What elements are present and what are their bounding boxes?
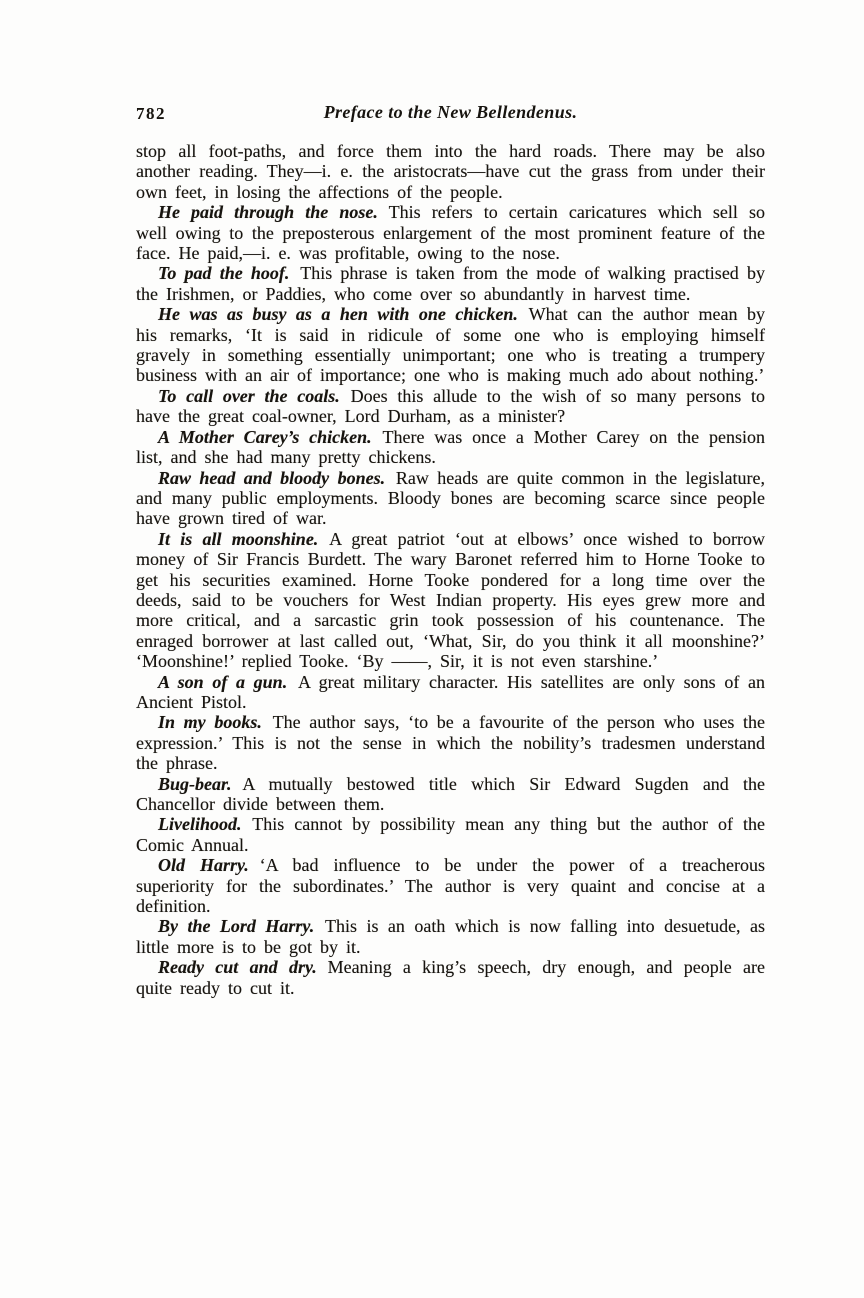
page-header: 782 Preface to the New Bellendenus. xyxy=(136,102,765,128)
paragraph-continuation: stop all foot-paths, and force them into… xyxy=(136,141,765,202)
paragraph: Old Harry.‘A bad influence to be under t… xyxy=(136,855,765,916)
entry-term: Raw head and bloody bones. xyxy=(158,468,385,488)
entry-text: A great patriot ‘out at elbows’ once wis… xyxy=(136,529,765,671)
entry-text: stop all foot-paths, and force them into… xyxy=(136,141,765,202)
paragraph: A Mother Carey’s chicken.There was once … xyxy=(136,427,765,468)
entry-term: Livelihood. xyxy=(158,814,242,834)
entry-term: Old Harry. xyxy=(158,855,249,875)
page-number: 782 xyxy=(136,104,166,124)
entry-term: It is all moonshine. xyxy=(158,529,318,549)
paragraph: Livelihood.This cannot by possibility me… xyxy=(136,814,765,855)
entry-term: He paid through the nose. xyxy=(158,202,378,222)
entry-term: Bug-bear. xyxy=(158,774,232,794)
entry-term: To pad the hoof. xyxy=(158,263,289,283)
paragraph: He was as busy as a hen with one chicken… xyxy=(136,304,765,386)
paragraph: It is all moonshine.A great patriot ‘out… xyxy=(136,529,765,672)
paragraph: A son of a gun.A great military characte… xyxy=(136,672,765,713)
entry-term: Ready cut and dry. xyxy=(158,957,317,977)
paragraph: Raw head and bloody bones.Raw heads are … xyxy=(136,468,765,529)
text-block: stop all foot-paths, and force them into… xyxy=(136,141,765,998)
paragraph: To call over the coals.Does this allude … xyxy=(136,386,765,427)
paragraph: In my books.The author says, ‘to be a fa… xyxy=(136,712,765,773)
running-title: Preface to the New Bellendenus. xyxy=(136,102,765,123)
entry-term: By the Lord Harry. xyxy=(158,916,314,936)
paragraph: He paid through the nose.This refers to … xyxy=(136,202,765,263)
entry-term: A Mother Carey’s chicken. xyxy=(158,427,372,447)
entry-term: In my books. xyxy=(158,712,262,732)
entry-term: A son of a gun. xyxy=(158,672,287,692)
entry-term: To call over the coals. xyxy=(158,386,340,406)
paragraph: Ready cut and dry.Meaning a king’s speec… xyxy=(136,957,765,998)
paragraph: Bug-bear.A mutually bestowed title which… xyxy=(136,774,765,815)
entry-term: He was as busy as a hen with one chicken… xyxy=(158,304,518,324)
paragraph: To pad the hoof.This phrase is taken fro… xyxy=(136,263,765,304)
book-page: 782 Preface to the New Bellendenus. stop… xyxy=(0,0,864,1298)
paragraph: By the Lord Harry.This is an oath which … xyxy=(136,916,765,957)
